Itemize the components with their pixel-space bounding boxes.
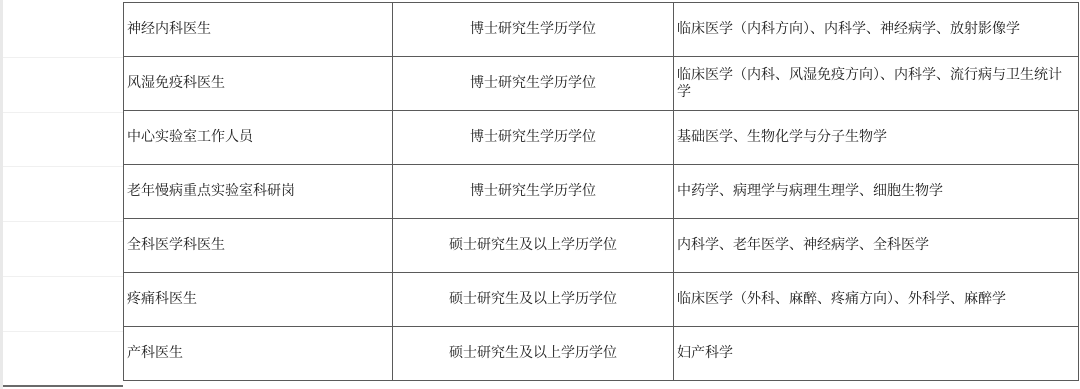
gridline [3,331,123,332]
position-cell[interactable]: 风湿免疫科医生 [124,57,393,111]
gridline [3,276,123,277]
merged-cell-bottom-border [3,385,123,387]
gridline [3,57,123,58]
major-cell[interactable]: 临床医学（内科方向）、内科学、神经病学、放射影像学 [674,3,1079,57]
table-row: 老年慢病重点实验室科研岗 博士研究生学历学位 中药学、病理学与病理生理学、细胞生… [124,165,1079,219]
table-row: 风湿免疫科医生 博士研究生学历学位 临床医学（内科、风湿免疫方向）、内科学、流行… [124,57,1079,111]
table-row: 疼痛科医生 硕士研究生及以上学历学位 临床医学（外科、麻醉、疼痛方向）、外科学、… [124,273,1079,327]
major-cell[interactable]: 临床医学（外科、麻醉、疼痛方向）、外科学、麻醉学 [674,273,1079,327]
major-cell[interactable]: 临床医学（内科、风湿免疫方向）、内科学、流行病与卫生统计学 [674,57,1079,111]
major-cell[interactable]: 妇产科学 [674,327,1079,381]
degree-cell[interactable]: 博士研究生学历学位 [393,57,674,111]
position-cell[interactable]: 神经内科医生 [124,3,393,57]
major-cell[interactable]: 内科学、老年医学、神经病学、全科医学 [674,219,1079,273]
position-cell[interactable]: 疼痛科医生 [124,273,393,327]
degree-cell[interactable]: 博士研究生学历学位 [393,111,674,165]
degree-cell[interactable]: 博士研究生学历学位 [393,3,674,57]
gridline [3,112,123,113]
table-row: 神经内科医生 博士研究生学历学位 临床医学（内科方向）、内科学、神经病学、放射影… [124,3,1079,57]
position-cell[interactable]: 中心实验室工作人员 [124,111,393,165]
table-row: 产科医生 硕士研究生及以上学历学位 妇产科学 [124,327,1079,381]
left-empty-area [3,0,123,389]
degree-cell[interactable]: 硕士研究生及以上学历学位 [393,219,674,273]
degree-cell[interactable]: 硕士研究生及以上学历学位 [393,273,674,327]
position-cell[interactable]: 全科医学科医生 [124,219,393,273]
position-cell[interactable]: 老年慢病重点实验室科研岗 [124,165,393,219]
degree-cell[interactable]: 硕士研究生及以上学历学位 [393,327,674,381]
table-row: 全科医学科医生 硕士研究生及以上学历学位 内科学、老年医学、神经病学、全科医学 [124,219,1079,273]
gridline [3,166,123,167]
table-row: 中心实验室工作人员 博士研究生学历学位 基础医学、生物化学与分子生物学 [124,111,1079,165]
major-cell[interactable]: 中药学、病理学与病理生理学、细胞生物学 [674,165,1079,219]
major-cell[interactable]: 基础医学、生物化学与分子生物学 [674,111,1079,165]
gridline [3,221,123,222]
degree-cell[interactable]: 博士研究生学历学位 [393,165,674,219]
position-cell[interactable]: 产科医生 [124,327,393,381]
recruitment-table: 神经内科医生 博士研究生学历学位 临床医学（内科方向）、内科学、神经病学、放射影… [123,2,1079,381]
